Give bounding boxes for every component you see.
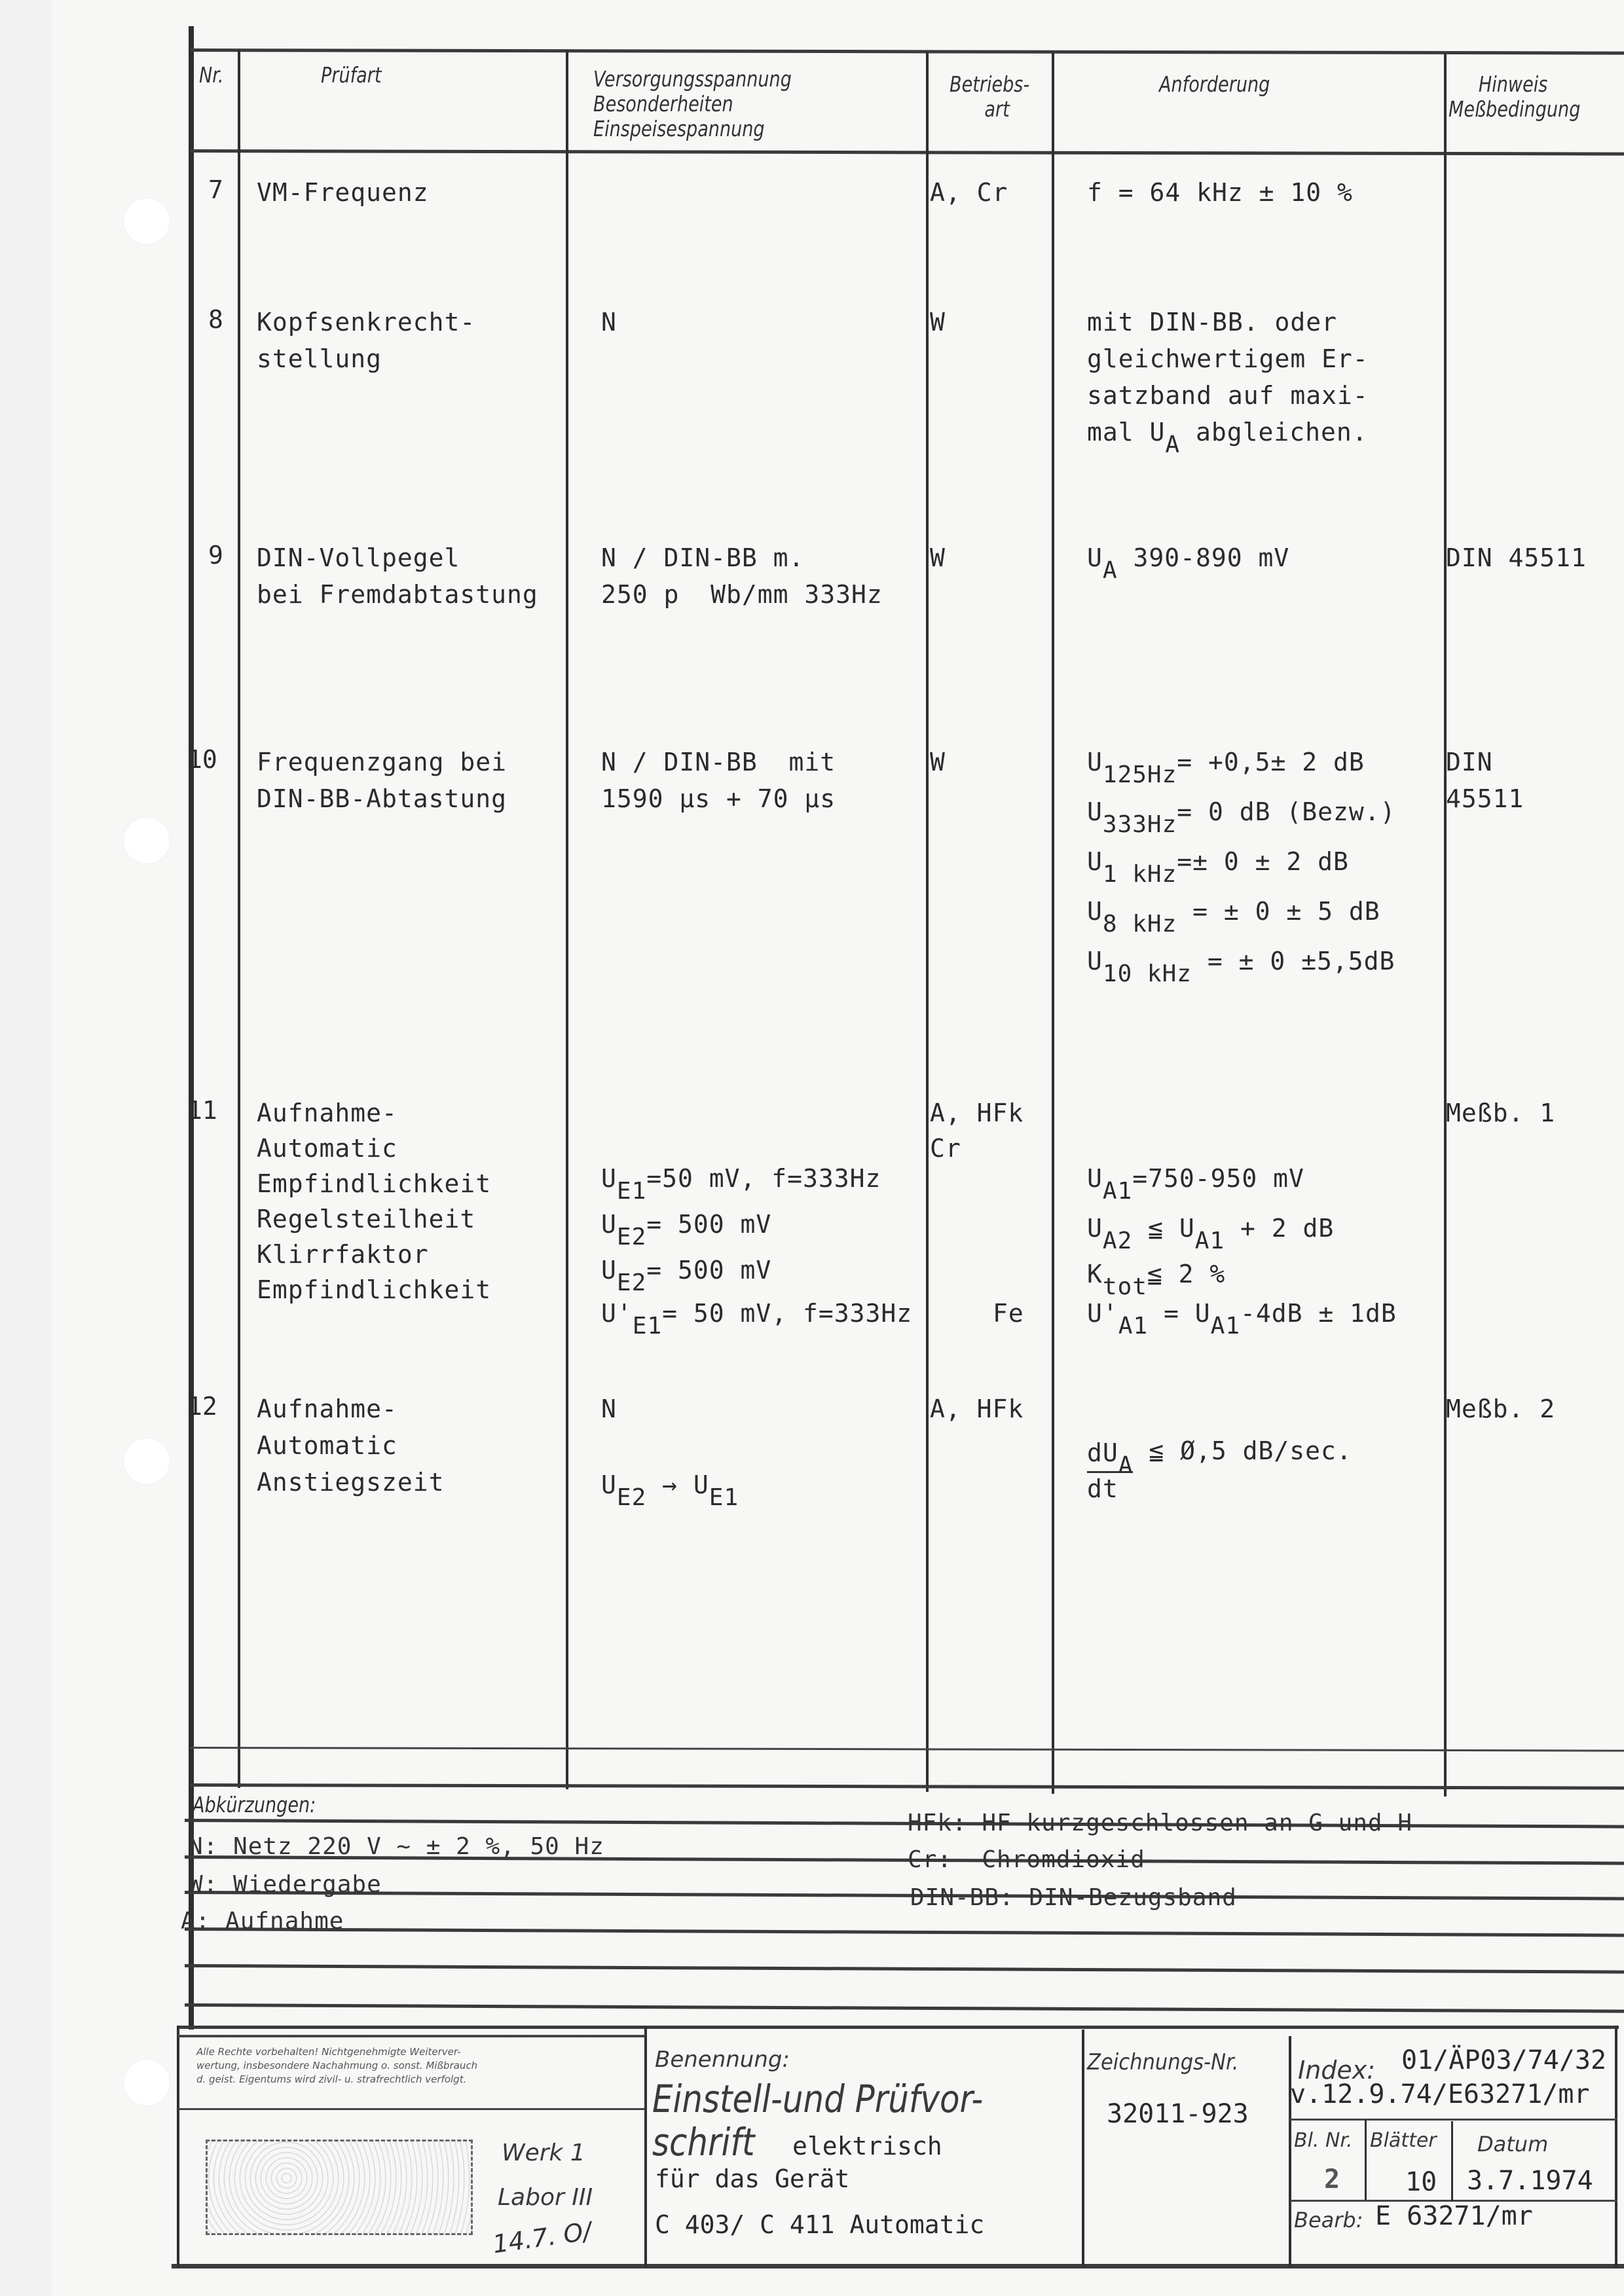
bearb-value: E 63271/mr bbox=[1375, 2201, 1533, 2231]
abbr-w: W: Wiedergabe bbox=[189, 1871, 382, 1898]
punch-hole bbox=[123, 817, 170, 864]
test-type-cell: Aufnahme- bbox=[257, 1095, 397, 1131]
header-anforderung: Anforderung bbox=[1159, 72, 1270, 97]
index-value: 01/ÄP03/74/32 bbox=[1401, 2045, 1606, 2075]
blatt-nr-value: 2 bbox=[1324, 2164, 1340, 2195]
requirement-cell: dUAdt ≦ Ø,5 dB/sec. bbox=[1087, 1432, 1352, 1504]
row-number: 9 bbox=[208, 541, 223, 570]
header-betriebsart: Betriebs- art bbox=[950, 72, 1029, 122]
abbr-hfk: HFk: HF kurzgeschlossen an G und H bbox=[908, 1810, 1412, 1836]
requirement-cell: U10 kHz = ± 0 ±5,5dB bbox=[1087, 943, 1395, 979]
note-cell: 45511 bbox=[1446, 780, 1524, 817]
requirement-cell: gleichwertigem Er- bbox=[1087, 340, 1369, 377]
fraction: dUAdt bbox=[1087, 1437, 1133, 1504]
test-type-cell: Aufnahme- bbox=[257, 1391, 397, 1427]
test-type-cell: Empfindlichkeit bbox=[257, 1271, 491, 1308]
abbr-n: N: Netz 220 V ~ ± 2 %, 50 Hz bbox=[189, 1833, 604, 1860]
device-model: C 403/ C 411 Automatic bbox=[655, 2210, 984, 2239]
blaetter-value: 10 bbox=[1405, 2167, 1437, 2197]
note-cell: Meßb. 1 bbox=[1446, 1095, 1555, 1131]
note-cell: DIN bbox=[1446, 744, 1493, 780]
supply-cell: U'E1= 50 mV, f=333Hz bbox=[601, 1295, 912, 1332]
operating-mode-cell: A, HFk bbox=[930, 1391, 1024, 1427]
device-line: für das Gerät bbox=[655, 2164, 849, 2193]
document-subtitle: elektrisch bbox=[792, 2132, 942, 2160]
requirement-cell: U'A1 = UA1-4dB ± 1dB bbox=[1087, 1295, 1397, 1332]
supply-cell: N bbox=[601, 304, 617, 340]
requirement-cell: UA 390-890 mV bbox=[1087, 539, 1289, 576]
requirement-cell: UA2 ≦ UA1 + 2 dB bbox=[1087, 1210, 1334, 1247]
abbr-din-bb: DIN-BB: DIN-Bezugsband bbox=[910, 1884, 1237, 1911]
punch-hole bbox=[123, 198, 170, 245]
test-type-cell: Anstiegszeit bbox=[257, 1464, 445, 1501]
row-number: 12 bbox=[187, 1392, 217, 1421]
operating-mode-cell: Fe bbox=[993, 1295, 1024, 1332]
supply-cell: UE2 → UE1 bbox=[601, 1467, 739, 1503]
header-hinweis: Hinweis Meßbedingung bbox=[1449, 72, 1580, 122]
test-type-cell: Empfindlichkeit bbox=[257, 1165, 491, 1202]
requirement-cell: mit DIN-BB. oder bbox=[1087, 304, 1337, 340]
bearb-label: Bearb: bbox=[1294, 2208, 1363, 2232]
operating-mode-cell: A, Cr bbox=[930, 174, 1008, 211]
test-type-cell: Frequenzgang bei bbox=[257, 744, 507, 780]
supply-cell: 1590 µs + 70 µs bbox=[601, 780, 836, 817]
test-type-cell: Automatic bbox=[257, 1427, 397, 1464]
header-nr: Nr. bbox=[199, 63, 223, 88]
zeichnungs-nr-label: Zeichnungs-Nr. bbox=[1087, 2049, 1238, 2075]
requirement-cell: U1 kHz=± 0 ± 2 dB bbox=[1087, 843, 1349, 880]
copyright-notice: Alle Rechte vorbehalten! Nichtgenehmigte… bbox=[196, 2045, 477, 2086]
test-type-cell: Automatic bbox=[257, 1130, 397, 1167]
requirement-cell: UA1=750-950 mV bbox=[1087, 1160, 1304, 1197]
row-number: 8 bbox=[208, 305, 223, 334]
row-number: 10 bbox=[187, 745, 217, 774]
note-cell: Meßb. 2 bbox=[1446, 1391, 1555, 1427]
zeichnungs-nr-value: 32011-923 bbox=[1107, 2099, 1249, 2129]
operating-mode-cell: Cr bbox=[930, 1130, 961, 1167]
operating-mode-cell: W bbox=[930, 304, 946, 340]
test-type-cell: stellung bbox=[257, 340, 382, 377]
requirement-cell: Ktot≦ 2 % bbox=[1087, 1256, 1225, 1292]
operating-mode-cell: A, HFk bbox=[930, 1095, 1024, 1131]
test-type-cell: DIN-Vollpegel bbox=[257, 539, 460, 576]
header-versorgung: Versorgungsspannung Besonderheiten Einsp… bbox=[593, 67, 792, 141]
test-type-cell: Klirrfaktor bbox=[257, 1236, 429, 1273]
supply-cell: UE1=50 mV, f=333Hz bbox=[601, 1160, 881, 1197]
test-type-cell: bei Fremdabtastung bbox=[257, 576, 538, 613]
supply-cell: N / DIN-BB m. bbox=[601, 539, 804, 576]
row-number: 7 bbox=[208, 175, 223, 204]
test-type-cell: Regelsteilheit bbox=[257, 1201, 475, 1237]
datum-value: 3.7.1974 bbox=[1467, 2166, 1593, 2196]
punch-hole bbox=[123, 1438, 170, 1485]
abbreviations-title: Abkürzungen: bbox=[193, 1793, 316, 1817]
requirement-cell: U333Hz= 0 dB (Bezw.) bbox=[1087, 793, 1396, 830]
requirement-cell: satzband auf maxi- bbox=[1087, 377, 1369, 414]
abbr-a: A: Aufnahme bbox=[181, 1908, 344, 1935]
document-title-line2: schrift bbox=[652, 2120, 755, 2164]
operating-mode-cell: W bbox=[930, 539, 946, 576]
test-type-cell: DIN-BB-Abtastung bbox=[257, 780, 507, 817]
faded-stamp bbox=[206, 2140, 473, 2235]
punch-hole bbox=[123, 2059, 170, 2106]
row-number: 11 bbox=[187, 1096, 217, 1125]
requirement-cell: U8 kHz = ± 0 ± 5 dB bbox=[1087, 893, 1380, 930]
note-cell: DIN 45511 bbox=[1446, 539, 1587, 576]
supply-cell: N bbox=[601, 1391, 617, 1427]
supply-cell: N / DIN-BB mit bbox=[601, 744, 836, 780]
supply-cell: UE2= 500 mV bbox=[601, 1252, 771, 1288]
werk-label: Werk 1 bbox=[502, 2140, 585, 2166]
datum-label: Datum bbox=[1477, 2132, 1548, 2157]
requirement-cell: f = 64 kHz ± 10 % bbox=[1087, 174, 1353, 211]
blaetter-label: Blätter bbox=[1370, 2129, 1437, 2152]
test-type-cell: Kopfsenkrecht- bbox=[257, 304, 475, 340]
header-pruefart: Prüfart bbox=[321, 63, 381, 88]
labor-label: Labor III bbox=[498, 2184, 593, 2211]
index-revision: v.12.9.74/E63271/mr bbox=[1290, 2079, 1590, 2109]
supply-cell: UE2= 500 mV bbox=[601, 1206, 771, 1243]
abbr-cr: Cr: Chromdioxid bbox=[908, 1846, 1145, 1873]
requirement-cell: U125Hz= +0,5± 2 dB bbox=[1087, 744, 1365, 780]
blatt-nr-label: Bl. Nr. bbox=[1294, 2129, 1353, 2152]
requirement-cell: mal UA abgleichen. bbox=[1087, 414, 1368, 450]
supply-cell: 250 p Wb/mm 333Hz bbox=[601, 576, 883, 613]
document-title: Einstell-und Prüfvor- bbox=[652, 2077, 983, 2121]
test-type-cell: VM-Frequenz bbox=[257, 174, 429, 211]
benennung-label: Benennung: bbox=[655, 2047, 790, 2073]
operating-mode-cell: W bbox=[930, 744, 946, 780]
